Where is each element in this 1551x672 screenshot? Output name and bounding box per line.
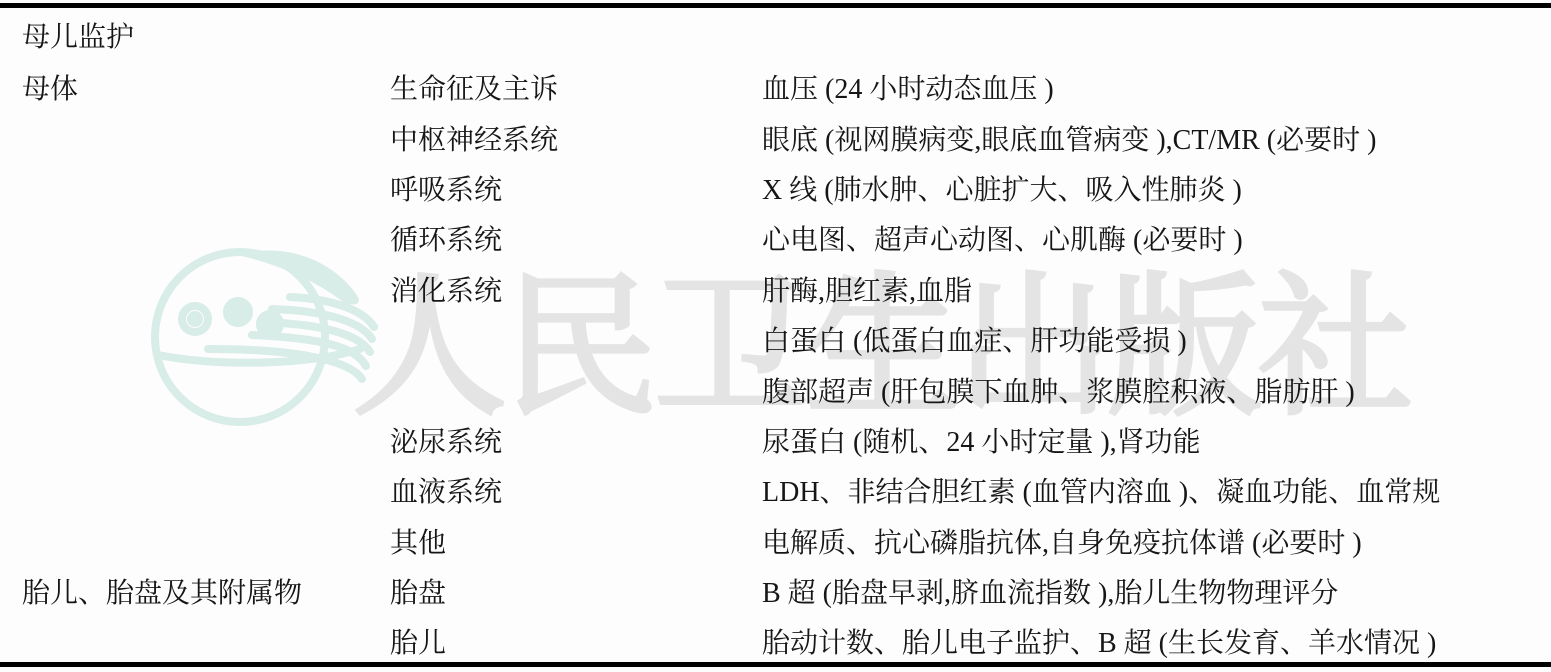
cell-system: 生命征及主诉 (390, 67, 762, 107)
cell-system: 呼吸系统 (390, 168, 762, 208)
table-row: 中枢神经系统 眼底 (视网膜病变,眼底血管病变 ),CT/MR (必要时 ) (0, 112, 1551, 162)
table-row: 血液系统 LDH、非结合胆红素 (血管内溶血 )、凝血功能、血常规 (0, 465, 1551, 515)
table-row: 泌尿系统 尿蛋白 (随机、24 小时定量 ),肾功能 (0, 415, 1551, 465)
cell-items: 心电图、超声心动图、心肌酶 (必要时 ) (762, 218, 1551, 258)
table-row: 胎儿、胎盘及其附属物 胎盘 B 超 (胎盘早剥,脐血流指数 ),胎儿生物物理评分 (0, 566, 1551, 616)
table-row: 白蛋白 (低蛋白血症、肝功能受损 ) (0, 314, 1551, 364)
cell-items: 腹部超声 (肝包膜下血肿、浆膜腔积液、脂肪肝 ) (762, 370, 1551, 410)
cell-system: 循环系统 (390, 218, 762, 258)
cell-items: X 线 (肺水肿、心脏扩大、吸入性肺炎 ) (762, 168, 1551, 208)
cell-items: 电解质、抗心磷脂抗体,自身免疫抗体谱 (必要时 ) (762, 521, 1551, 561)
table-row: 腹部超声 (肝包膜下血肿、浆膜腔积液、脂肪肝 ) (0, 364, 1551, 414)
cell-items: 肝酶,胆红素,血脂 (762, 269, 1551, 309)
cell-items: 尿蛋白 (随机、24 小时定量 ),肾功能 (762, 420, 1551, 460)
cell-system: 血液系统 (390, 470, 762, 510)
cell-category: 母儿监护 (0, 15, 390, 55)
cell-category: 胎儿、胎盘及其附属物 (0, 571, 390, 611)
table-row: 其他 电解质、抗心磷脂抗体,自身免疫抗体谱 (必要时 ) (0, 516, 1551, 566)
cell-items: 胎动计数、胎儿电子监护、B 超 (生长发育、羊水情况 ) (762, 621, 1551, 661)
cell-system: 泌尿系统 (390, 420, 762, 460)
cell-items: 血压 (24 小时动态血压 ) (762, 67, 1551, 107)
table-row: 循环系统 心电图、超声心动图、心肌酶 (必要时 ) (0, 213, 1551, 263)
cell-items: 白蛋白 (低蛋白血症、肝功能受损 ) (762, 319, 1551, 359)
table-row: 消化系统 肝酶,胆红素,血脂 (0, 264, 1551, 314)
cell-category: 母体 (0, 67, 390, 107)
cell-system: 胎儿 (390, 621, 762, 661)
cell-system: 其他 (390, 521, 762, 561)
table-row: 母体 生命征及主诉 血压 (24 小时动态血压 ) (0, 62, 1551, 112)
table-row: 母儿监护 (0, 7, 1551, 62)
cell-system: 中枢神经系统 (390, 118, 762, 158)
scanned-book-table-page: 人民卫生出版社 母儿监护 母体 生命征及主诉 血压 (24 小时动态血压 ) 中… (0, 0, 1551, 672)
cell-system: 消化系统 (390, 269, 762, 309)
cell-items: B 超 (胎盘早剥,脐血流指数 ),胎儿生物物理评分 (762, 571, 1551, 611)
cell-system: 胎盘 (390, 571, 762, 611)
table-row: 胎儿 胎动计数、胎儿电子监护、B 超 (生长发育、羊水情况 ) (0, 616, 1551, 666)
cell-items: 眼底 (视网膜病变,眼底血管病变 ),CT/MR (必要时 ) (762, 118, 1551, 158)
cell-items: LDH、非结合胆红素 (血管内溶血 )、凝血功能、血常规 (762, 470, 1551, 510)
maternal-fetal-monitoring-table: 母儿监护 母体 生命征及主诉 血压 (24 小时动态血压 ) 中枢神经系统 眼底… (0, 7, 1551, 667)
table-row: 呼吸系统 X 线 (肺水肿、心脏扩大、吸入性肺炎 ) (0, 163, 1551, 213)
